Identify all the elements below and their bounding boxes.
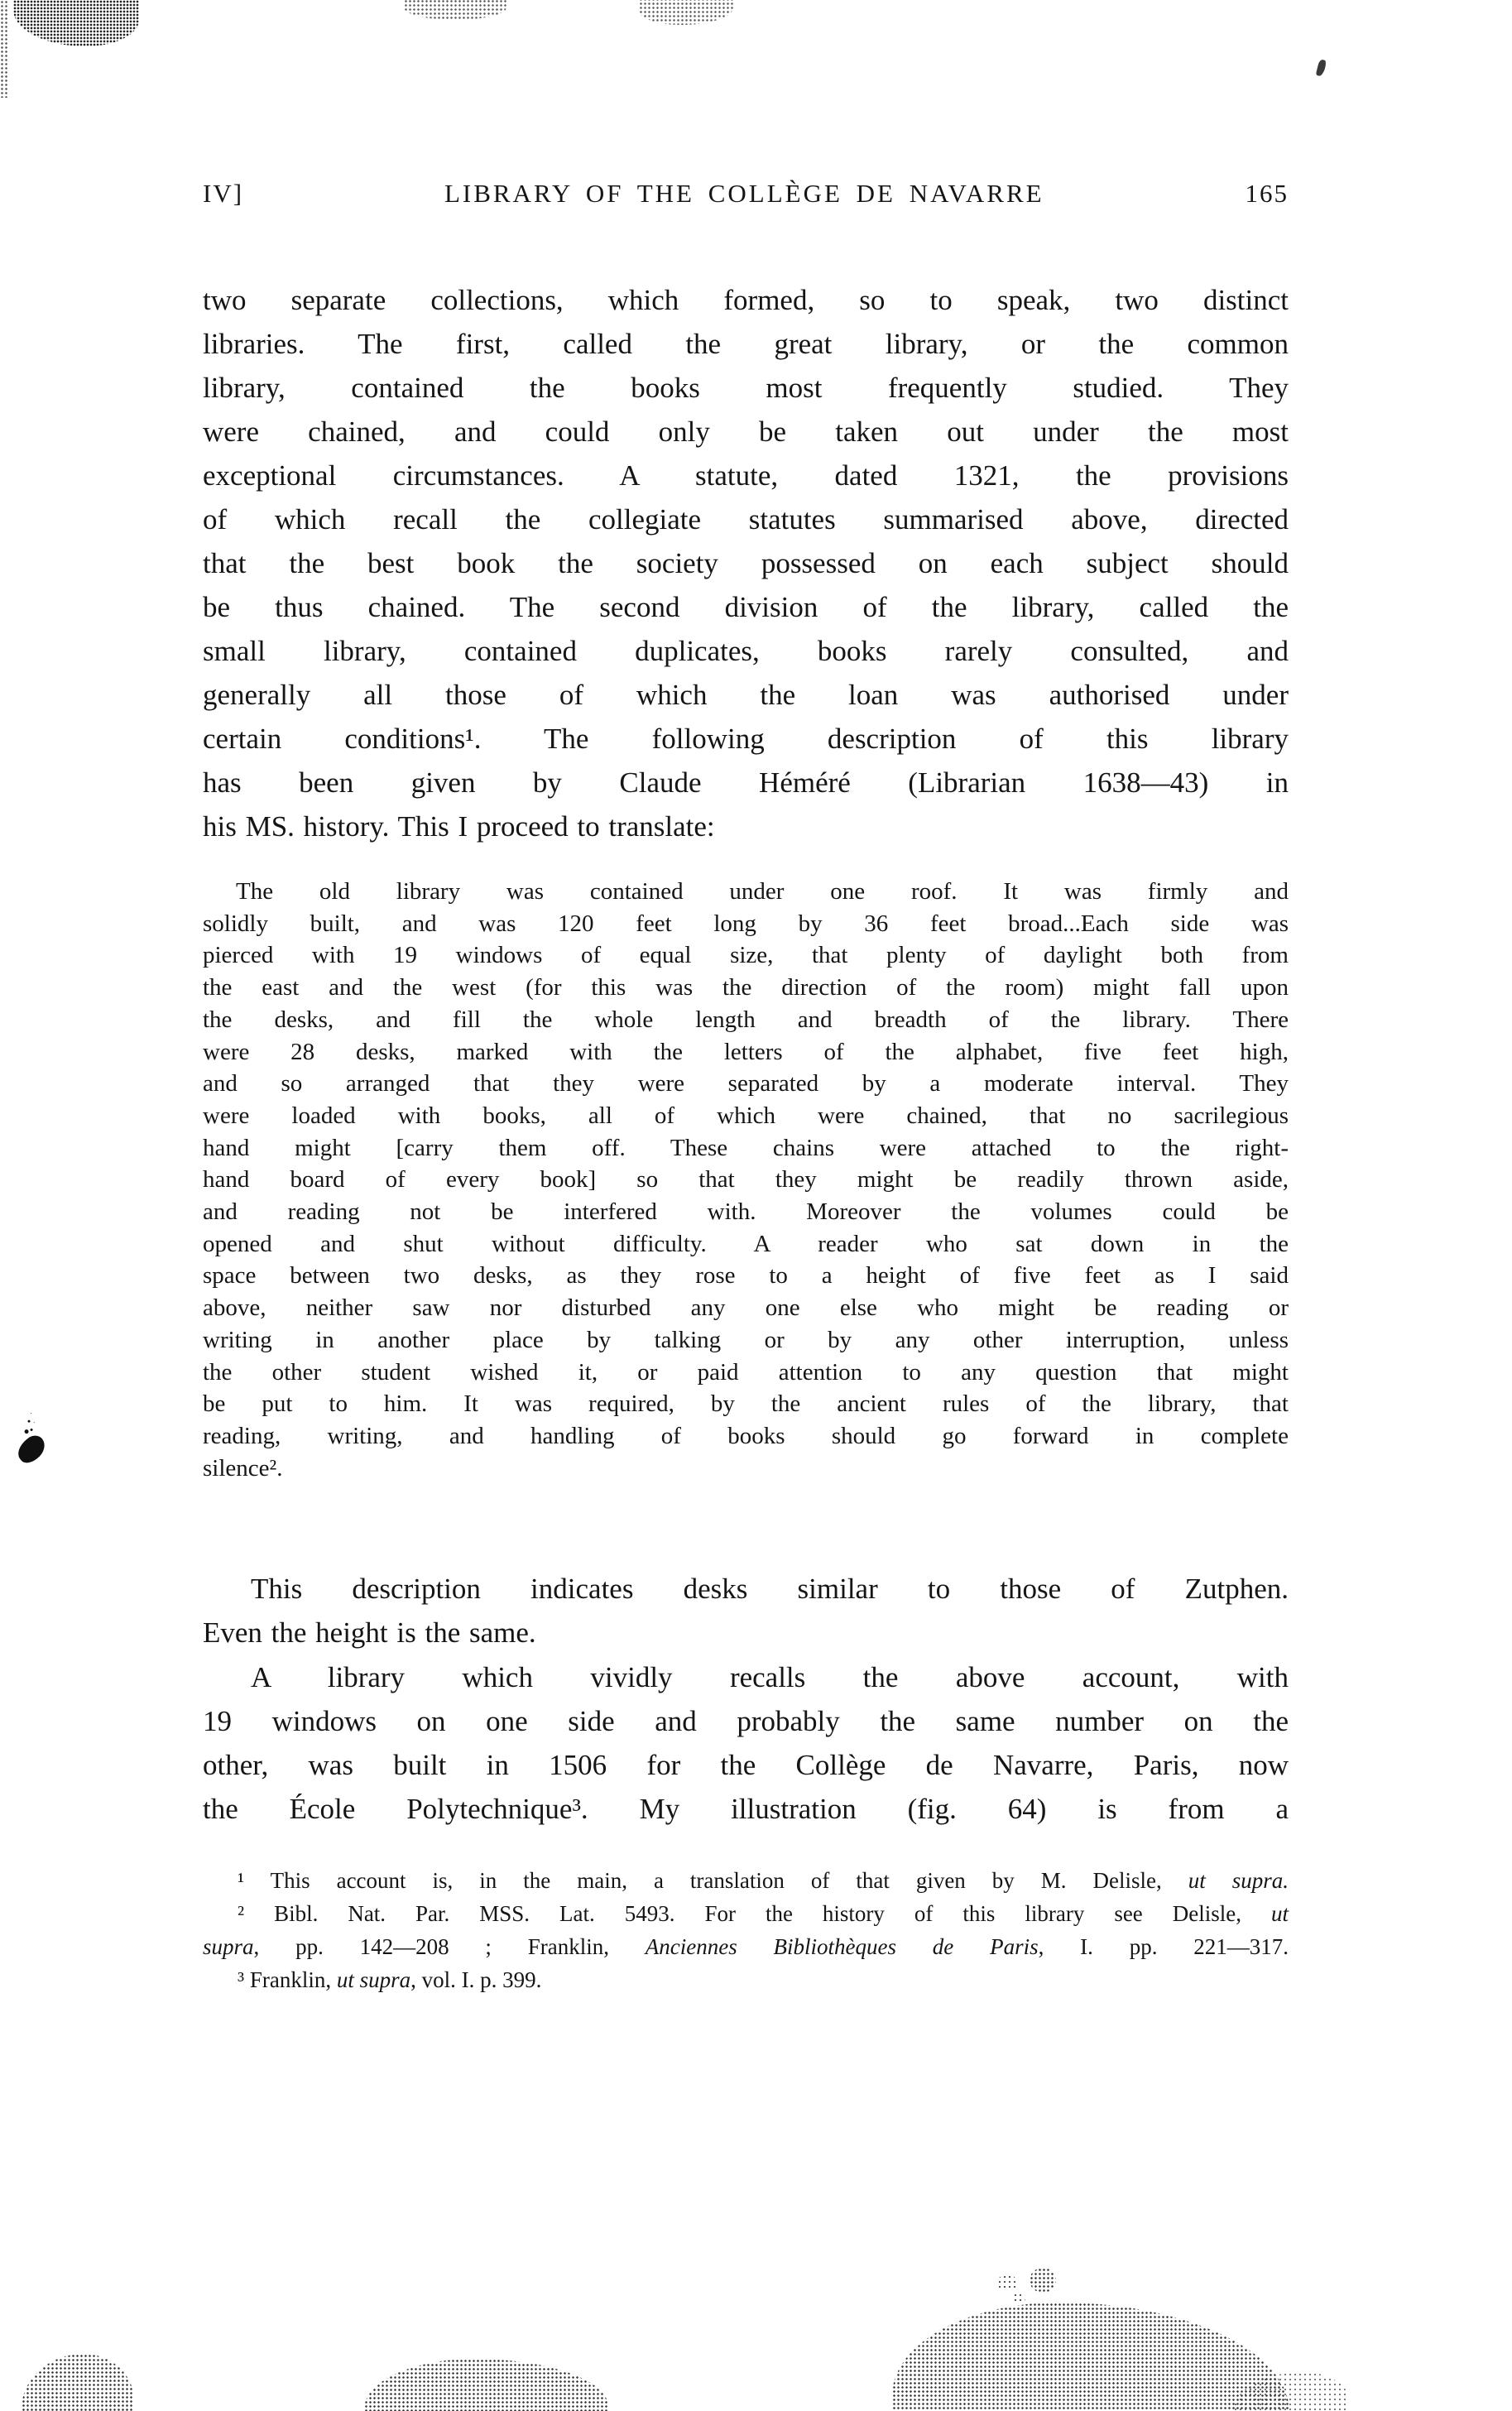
text-line: the east and the west (for this was the … — [203, 972, 1289, 1004]
text-line: Even the height is the same. — [203, 1611, 1289, 1655]
scan-artifact-top-left — [13, 0, 139, 46]
footnote-line: supra, pp. 142—208 ; Franklin, Anciennes… — [203, 1930, 1289, 1963]
text-line: generally all those of which the loan wa… — [203, 673, 1289, 717]
text-line: library, contained the books most freque… — [203, 366, 1289, 410]
text-line: silence². — [203, 1453, 1289, 1485]
scan-artifact-bottom-right — [892, 2303, 1289, 2411]
text-line: above, neither saw nor disturbed any one… — [203, 1292, 1289, 1324]
text-line: certain conditions¹. The following descr… — [203, 717, 1289, 761]
scan-artifact-bottom-middle — [364, 2359, 608, 2411]
text-line: the other student wished it, or paid att… — [203, 1357, 1289, 1389]
text-line: other, was built in 1506 for the Collège… — [203, 1743, 1289, 1787]
italic-text: Anciennes Bibliothèques de Paris — [646, 1934, 1039, 1959]
footnote-line: ¹ This account is, in the main, a transl… — [203, 1864, 1289, 1897]
paragraph-2: This description indicates desks similar… — [203, 1567, 1289, 1655]
text-line: solidly built, and was 120 feet long by … — [203, 908, 1289, 940]
footnote-text: ³ Franklin, — [238, 1967, 337, 1992]
text-line: 19 windows on one side and probably the … — [203, 1699, 1289, 1743]
text-line: has been given by Claude Héméré (Librari… — [203, 761, 1289, 804]
running-header: IV] LIBRARY OF THE COLLÈGE DE NAVARRE 16… — [203, 179, 1289, 209]
italic-text: supra — [203, 1934, 254, 1959]
block-quote: The old library was contained under one … — [203, 876, 1289, 1484]
text-line: writing in another place by talking or b… — [203, 1324, 1289, 1357]
text-line: and reading not be interfered with. More… — [203, 1196, 1289, 1228]
text-line: the desks, and fill the whole length and… — [203, 1004, 1289, 1036]
text-line: were chained, and could only be taken ou… — [203, 410, 1289, 454]
scan-artifact-speck — [1013, 2293, 1025, 2303]
ink-blot-mark — [13, 1432, 50, 1467]
italic-text: ut supra — [337, 1967, 410, 1992]
text-line: his MS. history. This I proceed to trans… — [203, 804, 1289, 848]
text-line: space between two desks, as they rose to… — [203, 1260, 1289, 1292]
text-line: two separate collections, which formed, … — [203, 278, 1289, 322]
signature-mark: IV] — [203, 179, 243, 209]
text-line: opened and shut without difficulty. A re… — [203, 1228, 1289, 1261]
footnote-text: , vol. I. p. 399. — [410, 1967, 541, 1992]
scan-artifact-speck — [997, 2274, 1017, 2291]
text-line: hand board of every book] so that they m… — [203, 1164, 1289, 1196]
scan-artifact-speck — [1030, 2268, 1056, 2293]
footnote-text: ¹ This account is, in the main, a transl… — [238, 1868, 1188, 1893]
text-line: that the best book the society possessed… — [203, 541, 1289, 585]
page-header-title: LIBRARY OF THE COLLÈGE DE NAVARRE — [243, 179, 1245, 209]
text-line: small library, contained duplicates, boo… — [203, 629, 1289, 673]
text-line: were loaded with books, all of which wer… — [203, 1100, 1289, 1132]
scanned-book-page: IV] LIBRARY OF THE COLLÈGE DE NAVARRE 16… — [0, 0, 1512, 2411]
scan-artifact-left-edge — [0, 0, 7, 98]
paragraph-3: A library which vividly recalls the abov… — [203, 1655, 1289, 1831]
text-line: and so arranged that they were separated… — [203, 1068, 1289, 1100]
scan-artifact-top-right — [639, 0, 733, 25]
scan-artifact-stray-mark — [1316, 59, 1327, 77]
text-line: were 28 desks, marked with the letters o… — [203, 1036, 1289, 1069]
text-line: pierced with 19 windows of equal size, t… — [203, 939, 1289, 972]
text-line: of which recall the collegiate statutes … — [203, 497, 1289, 541]
scan-artifact-bottom-left — [22, 2354, 134, 2411]
page-number: 165 — [1246, 179, 1289, 209]
italic-text: ut — [1271, 1901, 1289, 1926]
footnotes: ¹ This account is, in the main, a transl… — [203, 1864, 1289, 1996]
text-line: reading, writing, and handling of books … — [203, 1420, 1289, 1453]
footnote-text: , pp. 142—208 ; Franklin, — [254, 1934, 646, 1959]
footnote-line: ³ Franklin, ut supra, vol. I. p. 399. — [203, 1963, 1289, 1996]
scan-artifact-top-middle — [404, 0, 506, 20]
footnote-text: ² Bibl. Nat. Par. MSS. Lat. 5493. For th… — [238, 1901, 1271, 1926]
text-line: The old library was contained under one … — [203, 876, 1289, 908]
footnote-text: , I. pp. 221—317. — [1039, 1934, 1289, 1959]
text-line: This description indicates desks similar… — [203, 1567, 1289, 1611]
text-line: the École Polytechnique³. My illustratio… — [203, 1787, 1289, 1831]
text-line: be put to him. It was required, by the a… — [203, 1388, 1289, 1420]
text-line: hand might [carry them off. These chains… — [203, 1132, 1289, 1165]
text-line: be thus chained. The second division of … — [203, 585, 1289, 629]
italic-text: ut supra. — [1188, 1868, 1289, 1893]
text-line: exceptional circumstances. A statute, da… — [203, 454, 1289, 497]
paragraph-1: two separate collections, which formed, … — [203, 278, 1289, 848]
text-line: libraries. The first, called the great l… — [203, 322, 1289, 366]
footnote-line: ² Bibl. Nat. Par. MSS. Lat. 5493. For th… — [203, 1897, 1289, 1930]
scan-artifact-bottom-tail — [1233, 2372, 1349, 2411]
text-line: A library which vividly recalls the abov… — [203, 1655, 1289, 1699]
